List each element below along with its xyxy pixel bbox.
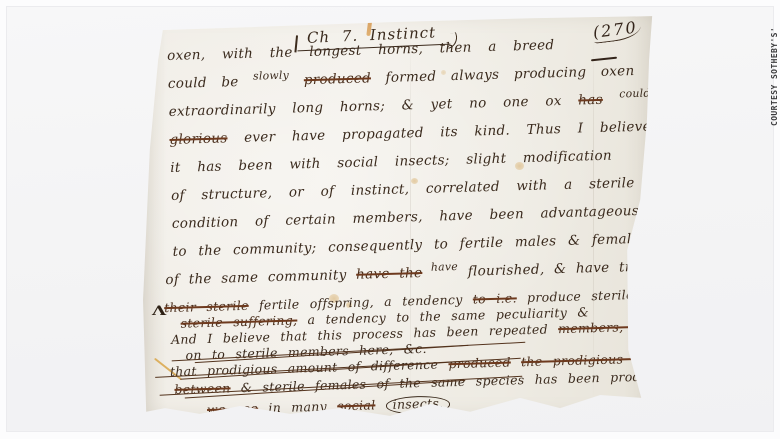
manuscript-line: could be slowly produced formed always p… bbox=[168, 65, 650, 92]
manuscript-line: oxen, with the longest horns, then a bre… bbox=[167, 37, 649, 64]
handwritten-text: extraordinarily long horns; & yet no one… bbox=[169, 93, 579, 120]
deleted-text: has bbox=[578, 92, 603, 109]
deleted-text: produced bbox=[448, 355, 511, 372]
manuscript-line: to the community; consequently to fertil… bbox=[172, 232, 654, 259]
deleted-text: glorious bbox=[169, 130, 227, 148]
manuscript-page: Ch 7. Instinct (270 Λ oxen, with the lon… bbox=[141, 10, 661, 420]
handwritten-text: of structure, or of instinct, correlated… bbox=[171, 175, 635, 204]
deleted-text: produced bbox=[304, 70, 372, 88]
handwritten-text bbox=[289, 72, 304, 88]
manuscript-line: it has been with social insects; slight … bbox=[170, 148, 652, 175]
handwritten-text: could bbox=[619, 87, 651, 101]
handwritten-text bbox=[603, 91, 620, 107]
handwritten-text bbox=[511, 354, 522, 369]
manuscript-line: condition of certain members, have been … bbox=[172, 204, 654, 231]
photo-canvas: Ch 7. Instinct (270 Λ oxen, with the lon… bbox=[0, 0, 780, 439]
deleted-text: their sterile bbox=[164, 298, 249, 315]
handwritten-text: it has been with social insects; slight … bbox=[170, 148, 612, 176]
handwritten-text: condition of certain members, have been … bbox=[172, 203, 640, 232]
deleted-text: have the bbox=[356, 265, 423, 283]
handwritten-text: of the same community bbox=[165, 267, 356, 288]
deleted-text: between bbox=[174, 380, 230, 397]
manuscript-line: extraordinarily long horns; & yet no one… bbox=[169, 93, 651, 120]
manuscript-text: oxen, with the longest horns, then a bre… bbox=[167, 37, 659, 424]
manuscript-line: of the same community have the have flou… bbox=[165, 260, 655, 287]
handwritten-text: formed always producing oxen with bbox=[371, 62, 681, 87]
handwritten-text: to the community; consequently to fertil… bbox=[172, 231, 647, 260]
photo-credit: COURTESY SOTHEBY'S' bbox=[770, 6, 779, 126]
handwritten-text: have bbox=[422, 260, 458, 274]
handwritten-text: ever have propagated its kind. Thus I be… bbox=[227, 119, 651, 147]
deleted-text: to i.e. bbox=[473, 290, 517, 306]
manuscript-line: of structure, or of instinct, correlated… bbox=[171, 176, 653, 203]
handwritten-text: could be bbox=[168, 74, 254, 92]
handwritten-text: slowly bbox=[253, 69, 289, 83]
handwritten-text bbox=[375, 397, 386, 412]
manuscript-line: glorious ever have propagated its kind. … bbox=[169, 121, 651, 148]
